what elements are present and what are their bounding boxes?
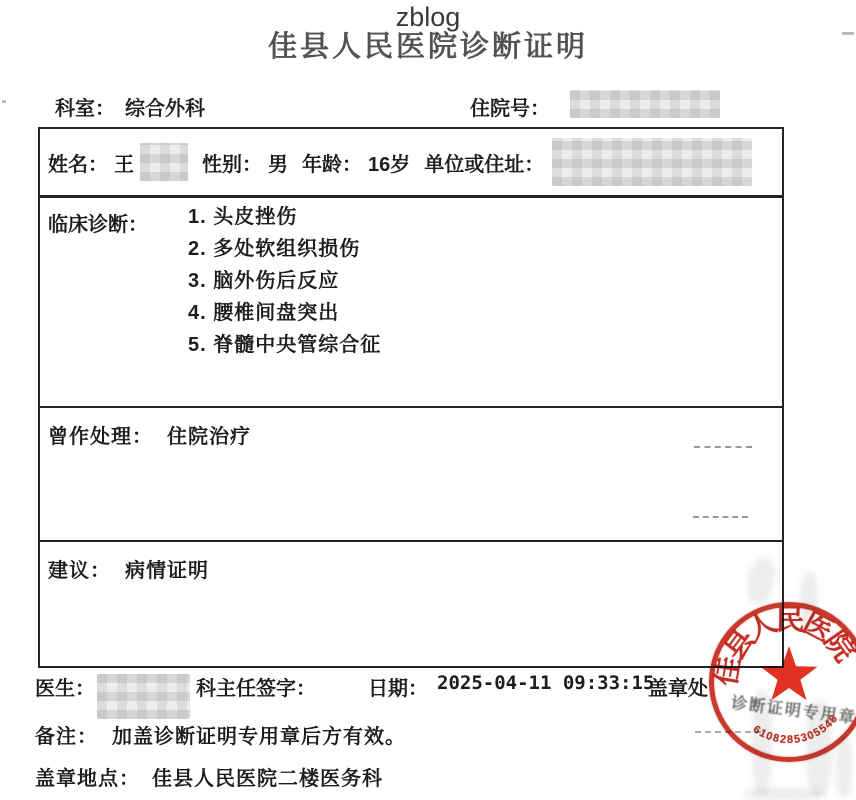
seal-serial-number: 6108285305548 [689, 582, 856, 782]
address-label: 单位或住址： [424, 148, 544, 177]
date-label: 日期： [368, 672, 428, 701]
date-value: 2025-04-11 09:33:15 [437, 672, 654, 694]
suggestion-section: 建议： 病情证明 [40, 542, 782, 666]
clinical-diagnosis-label: 临床诊断： [48, 206, 160, 406]
seal-place-row: 盖章地点： 佳县人民医院二楼医务科 [35, 762, 383, 791]
note-label: 备注： [35, 720, 98, 749]
note-row: 备注： 加盖诊断证明专用章后方有效。 [35, 720, 406, 749]
diagnosis-item: 3. 脑外伤后反应 [188, 270, 381, 293]
diagnosis-item: 4. 腰椎间盘突出 [188, 302, 381, 325]
doctor-label: 医生： [35, 672, 95, 701]
name-label: 姓名： [48, 148, 108, 177]
seal-place-label: 盖章地点： [35, 762, 140, 791]
suggestion-value: 病情证明 [125, 554, 209, 583]
hospital-red-seal: 佳县人民医院 诊断证明专用章 6108285305548 [689, 582, 856, 782]
gender-label: 性别： [202, 148, 262, 177]
faint-handwriting-mark [693, 516, 748, 518]
department-label: 科室： [55, 92, 115, 121]
redacted-address [552, 138, 752, 186]
redacted-name [140, 143, 188, 181]
watermark-text: zblog [0, 2, 856, 33]
seal-place-value: 佳县人民医院二楼医务科 [152, 762, 383, 791]
admission-number-label: 住院号： [470, 92, 550, 121]
scan-smudge [744, 788, 824, 800]
previous-treatment-section: 曾作处理： 住院治疗 [40, 408, 782, 542]
treatment-value: 住院治疗 [167, 420, 251, 449]
name-value: 王 [114, 148, 134, 177]
diagnosis-item: 5. 脊髓中央管综合征 [188, 334, 381, 357]
diagnosis-item: 2. 多处软组织损伤 [188, 238, 381, 261]
suggestion-label: 建议： [48, 554, 111, 583]
redacted-doctor-name [97, 674, 190, 719]
department-value: 综合外科 [125, 92, 205, 121]
diagnosis-item: 1. 头皮挫伤 [188, 206, 381, 229]
diagnosis-list: 1. 头皮挫伤 2. 多处软组织损伤 3. 脑外伤后反应 4. 腰椎间盘突出 5… [160, 206, 381, 406]
clinical-diagnosis-section: 临床诊断： 1. 头皮挫伤 2. 多处软组织损伤 3. 脑外伤后反应 4. 腰椎… [40, 198, 782, 408]
scan-artifact [2, 100, 6, 103]
meta-row: 科室： 综合外科 住院号： [0, 92, 856, 122]
age-label: 年龄： [302, 148, 362, 177]
faint-handwriting-mark [694, 446, 752, 448]
note-value: 加盖诊断证明专用章后方有效。 [112, 720, 406, 749]
redacted-admission-number [570, 90, 720, 118]
age-value: 16岁 [368, 148, 410, 177]
gender-value: 男 [268, 148, 288, 177]
certificate-table: 姓名： 王 性别： 男 年龄： 16岁 单位或住址： 临床诊断： 1. 头皮挫伤… [38, 127, 784, 668]
patient-info-row: 姓名： 王 性别： 男 年龄： 16岁 单位或住址： [40, 129, 782, 198]
chief-signature-label: 科主任签字： [196, 672, 316, 701]
treatment-label: 曾作处理： [48, 420, 153, 449]
